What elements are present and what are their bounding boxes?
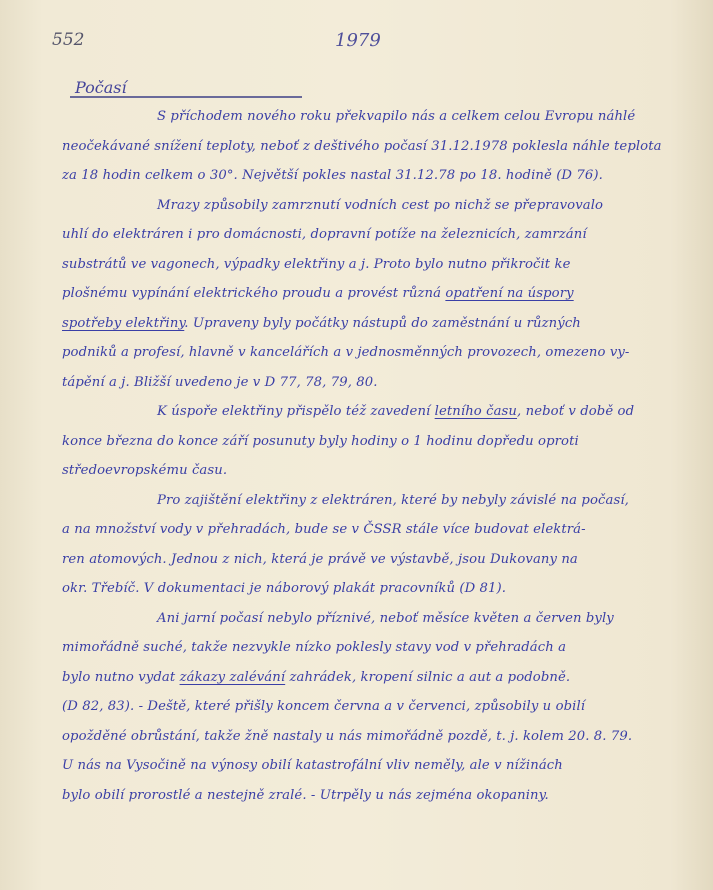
manuscript-page: 552 1979 Počasí S příchodem nového roku …: [0, 0, 713, 890]
text-line: K úspoře elektřiny přispělo též zavedení…: [62, 397, 687, 427]
text-line: U nás na Vysočině na výnosy obilí katast…: [62, 751, 687, 781]
text-line: bylo obilí prorostlé a nestejně zralé. -…: [62, 781, 687, 811]
text-line: opožděné obrůstání, takže žně nastaly u …: [62, 722, 687, 752]
text-line: ren atomových. Jednou z nich, která je p…: [62, 545, 687, 575]
text-line: Mrazy způsobily zamrznutí vodních cest p…: [62, 191, 687, 221]
text-line: za 18 hodin celkem o 30°. Největší pokle…: [62, 161, 687, 191]
heading-underline: [70, 96, 302, 98]
text-line: středoevropskému času.: [62, 456, 687, 486]
text-line: (D 82, 83). - Deště, které přišly koncem…: [62, 692, 687, 722]
underlined-phrase: letního času: [435, 404, 517, 419]
page-year: 1979: [335, 30, 381, 51]
section-heading: Počasí: [75, 78, 127, 97]
text-fragment: , neboť v době od: [517, 404, 634, 419]
text-fragment: bylo nutno vydat: [62, 670, 180, 685]
text-fragment: K úspoře elektřiny přispělo též zavedení: [157, 404, 435, 419]
text-line: konce března do konce září posunuty byly…: [62, 427, 687, 457]
text-line: tápění a j. Bližší uvedeno je v D 77, 78…: [62, 368, 687, 398]
text-line: mimořádně suché, takže nezvykle nízko po…: [62, 633, 687, 663]
text-fragment: . Upraveny byly počátky nástupů do zaměs…: [184, 316, 581, 331]
handwritten-body: S příchodem nového roku překvapilo nás a…: [62, 102, 687, 810]
text-fragment: zahrádek, kropení silnic a aut a podobně…: [285, 670, 570, 685]
text-line: spotřeby elektřiny. Upraveny byly počátk…: [62, 309, 687, 339]
text-line: S příchodem nového roku překvapilo nás a…: [62, 102, 687, 132]
text-line: neočekávané snížení teploty, neboť z deš…: [62, 132, 687, 162]
underlined-phrase: zákazy zalévání: [180, 670, 286, 685]
page-number: 552: [52, 30, 84, 50]
underlined-phrase: spotřeby elektřiny: [62, 316, 184, 331]
text-fragment: plošnému vypínání elektrického proudu a …: [62, 286, 445, 301]
text-line: plošnému vypínání elektrického proudu a …: [62, 279, 687, 309]
text-line: substrátů ve vagonech, výpadky elektřiny…: [62, 250, 687, 280]
text-line: bylo nutno vydat zákazy zalévání zahráde…: [62, 663, 687, 693]
text-line: podniků a profesí, hlavně v kancelářích …: [62, 338, 687, 368]
text-line: okr. Třebíč. V dokumentaci je náborový p…: [62, 574, 687, 604]
text-line: Pro zajištění elektřiny z elektráren, kt…: [62, 486, 687, 516]
underlined-phrase: opatření na úspory: [445, 286, 573, 301]
text-line: Ani jarní počasí nebylo příznivé, neboť …: [62, 604, 687, 634]
text-line: a na množství vody v přehradách, bude se…: [62, 515, 687, 545]
text-line: uhlí do elektráren i pro domácnosti, dop…: [62, 220, 687, 250]
